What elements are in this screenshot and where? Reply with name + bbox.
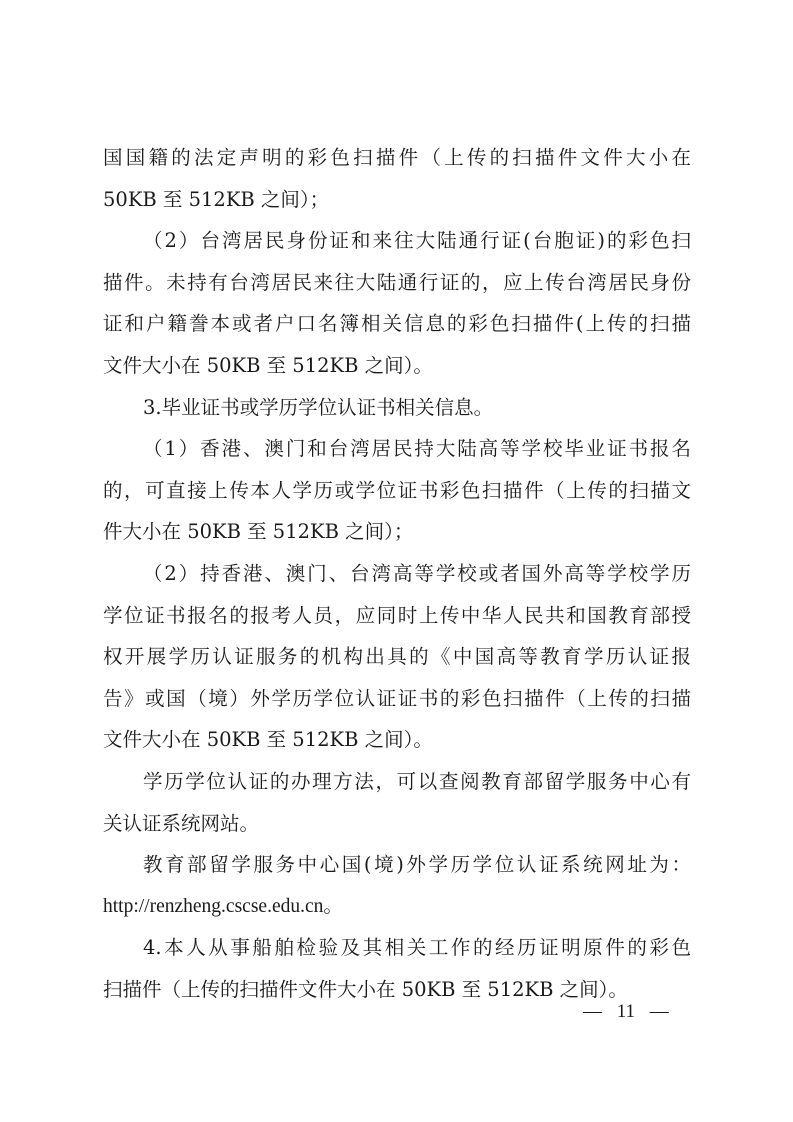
text-line: 件大小在 50KB 至 512KB 之间）； <box>103 518 691 560</box>
text-line: 的，可直接上传本人学历或学位证书彩色扫描件（上传的扫描文 <box>103 477 691 519</box>
text-line: 告》或国（境）外学历学位认证证书的彩色扫描件（上传的扫描 <box>103 685 691 727</box>
text-line: 学位证书报名的报考人员，应同时上传中华人民共和国教育部授 <box>103 602 691 644</box>
text-line: （2）持香港、澳门、台湾高等学校或者国外高等学校学历 <box>103 560 691 602</box>
text-line: 文件大小在 50KB 至 512KB 之间）。 <box>103 352 691 394</box>
section-heading: 4.本人从事船舶检验及其相关工作的经历证明原件的彩色 <box>103 934 691 976</box>
text-line: 教育部留学服务中心国(境)外学历学位认证系统网址为： <box>103 851 691 893</box>
text-line: 学历学位认证的办理方法，可以查阅教育部留学服务中心有 <box>103 768 691 810</box>
text-line: 权开展学历认证服务的机构出具的《中国高等教育学历认证报 <box>103 643 691 685</box>
text-line: 关认证系统网站。 <box>103 810 691 852</box>
text-line: 国国籍的法定声明的彩色扫描件（上传的扫描件文件大小在 <box>103 144 691 186</box>
text-line: （1）香港、澳门和台湾居民持大陆高等学校毕业证书报名 <box>103 435 691 477</box>
text-line: 50KB 至 512KB 之间）； <box>103 186 691 228</box>
text-line: （2）台湾居民身份证和来往大陆通行证(台胞证)的彩色扫 <box>103 227 691 269</box>
document-body: 国国籍的法定声明的彩色扫描件（上传的扫描件文件大小在 50KB 至 512KB … <box>103 144 691 1017</box>
page-number: — 11 — <box>583 1001 669 1023</box>
text-line: 文件大小在 50KB 至 512KB 之间）。 <box>103 726 691 768</box>
text-line: 描件。未持有台湾居民来往大陆通行证的，应上传台湾居民身份 <box>103 269 691 311</box>
text-line: 证和户籍誊本或者户口名簿相关信息的彩色扫描件(上传的扫描 <box>103 310 691 352</box>
url-text: http://renzheng.cscse.edu.cn。 <box>103 893 691 935</box>
section-heading: 3.毕业证书或学历学位认证书相关信息。 <box>103 394 691 436</box>
